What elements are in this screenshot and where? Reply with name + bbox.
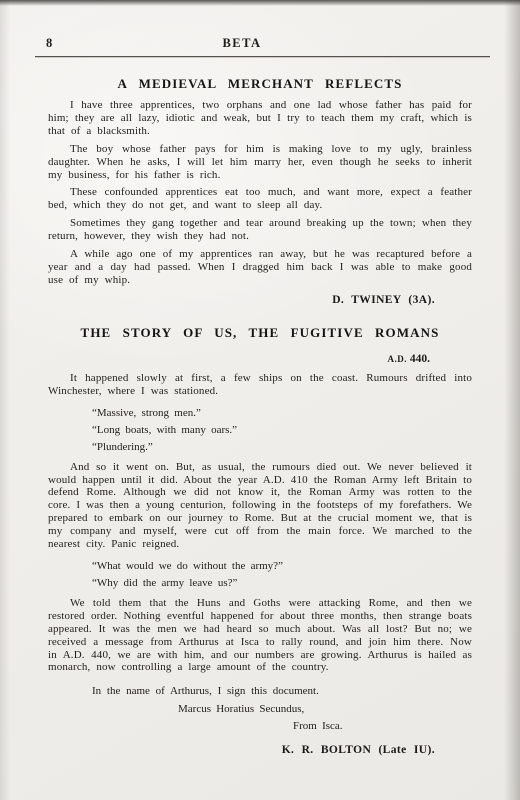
scanned-magazine-page: 8 BETA A MEDIEVAL MERCHANT REFLECTS I ha… bbox=[0, 0, 520, 800]
quote-line: “Massive, strong men.” bbox=[92, 405, 472, 422]
article2-main-paragraph: And so it went on. But, as usual, the ru… bbox=[48, 461, 472, 551]
dateline-year: 440. bbox=[410, 353, 430, 365]
running-head: 8 BETA bbox=[48, 36, 472, 51]
quote-line: “Why did the army leave us?” bbox=[92, 575, 472, 592]
magazine-title: BETA bbox=[222, 36, 261, 51]
article1-paragraph: I have three apprentices, two orphans an… bbox=[48, 99, 472, 138]
article2-title: THE STORY OF US, THE FUGITIVE ROMANS bbox=[48, 325, 472, 341]
signature-name: Marcus Horatius Secundus, bbox=[178, 703, 472, 715]
article2-intro-paragraph: It happened slowly at first, a few ships… bbox=[48, 372, 472, 398]
signature-place: From Isca. bbox=[293, 720, 472, 732]
page-content: 8 BETA A MEDIEVAL MERCHANT REFLECTS I ha… bbox=[0, 0, 520, 756]
article1-byline: D. TWINEY (3A). bbox=[48, 294, 472, 306]
header-rule bbox=[35, 56, 490, 57]
declaration-line: In the name of Arthurus, I sign this doc… bbox=[92, 685, 472, 697]
article2-main-paragraph: We told them that the Huns and Goths wer… bbox=[48, 597, 472, 674]
quote-line: “Plundering.” bbox=[92, 439, 472, 456]
page-number: 8 bbox=[46, 36, 53, 51]
article1-paragraph: These confounded apprentices eat too muc… bbox=[48, 186, 472, 212]
article1-paragraph: The boy whose father pays for him is mak… bbox=[48, 143, 472, 182]
dateline-era: A.D. bbox=[388, 354, 408, 364]
rumour-quotes: “Massive, strong men.” “Long boats, with… bbox=[92, 405, 472, 456]
article2-byline: K. R. BOLTON (Late IU). bbox=[48, 744, 472, 756]
article1-paragraph: A while ago one of my apprentices ran aw… bbox=[48, 248, 472, 287]
article1-paragraph: Sometimes they gang together and tear ar… bbox=[48, 217, 472, 243]
panic-quotes: “What would we do without the army?” “Wh… bbox=[92, 558, 472, 592]
article2-dateline: A.D. 440. bbox=[48, 353, 472, 365]
quote-line: “Long boats, with many oars.” bbox=[92, 422, 472, 439]
quote-line: “What would we do without the army?” bbox=[92, 558, 472, 575]
article1-title: A MEDIEVAL MERCHANT REFLECTS bbox=[48, 76, 472, 92]
